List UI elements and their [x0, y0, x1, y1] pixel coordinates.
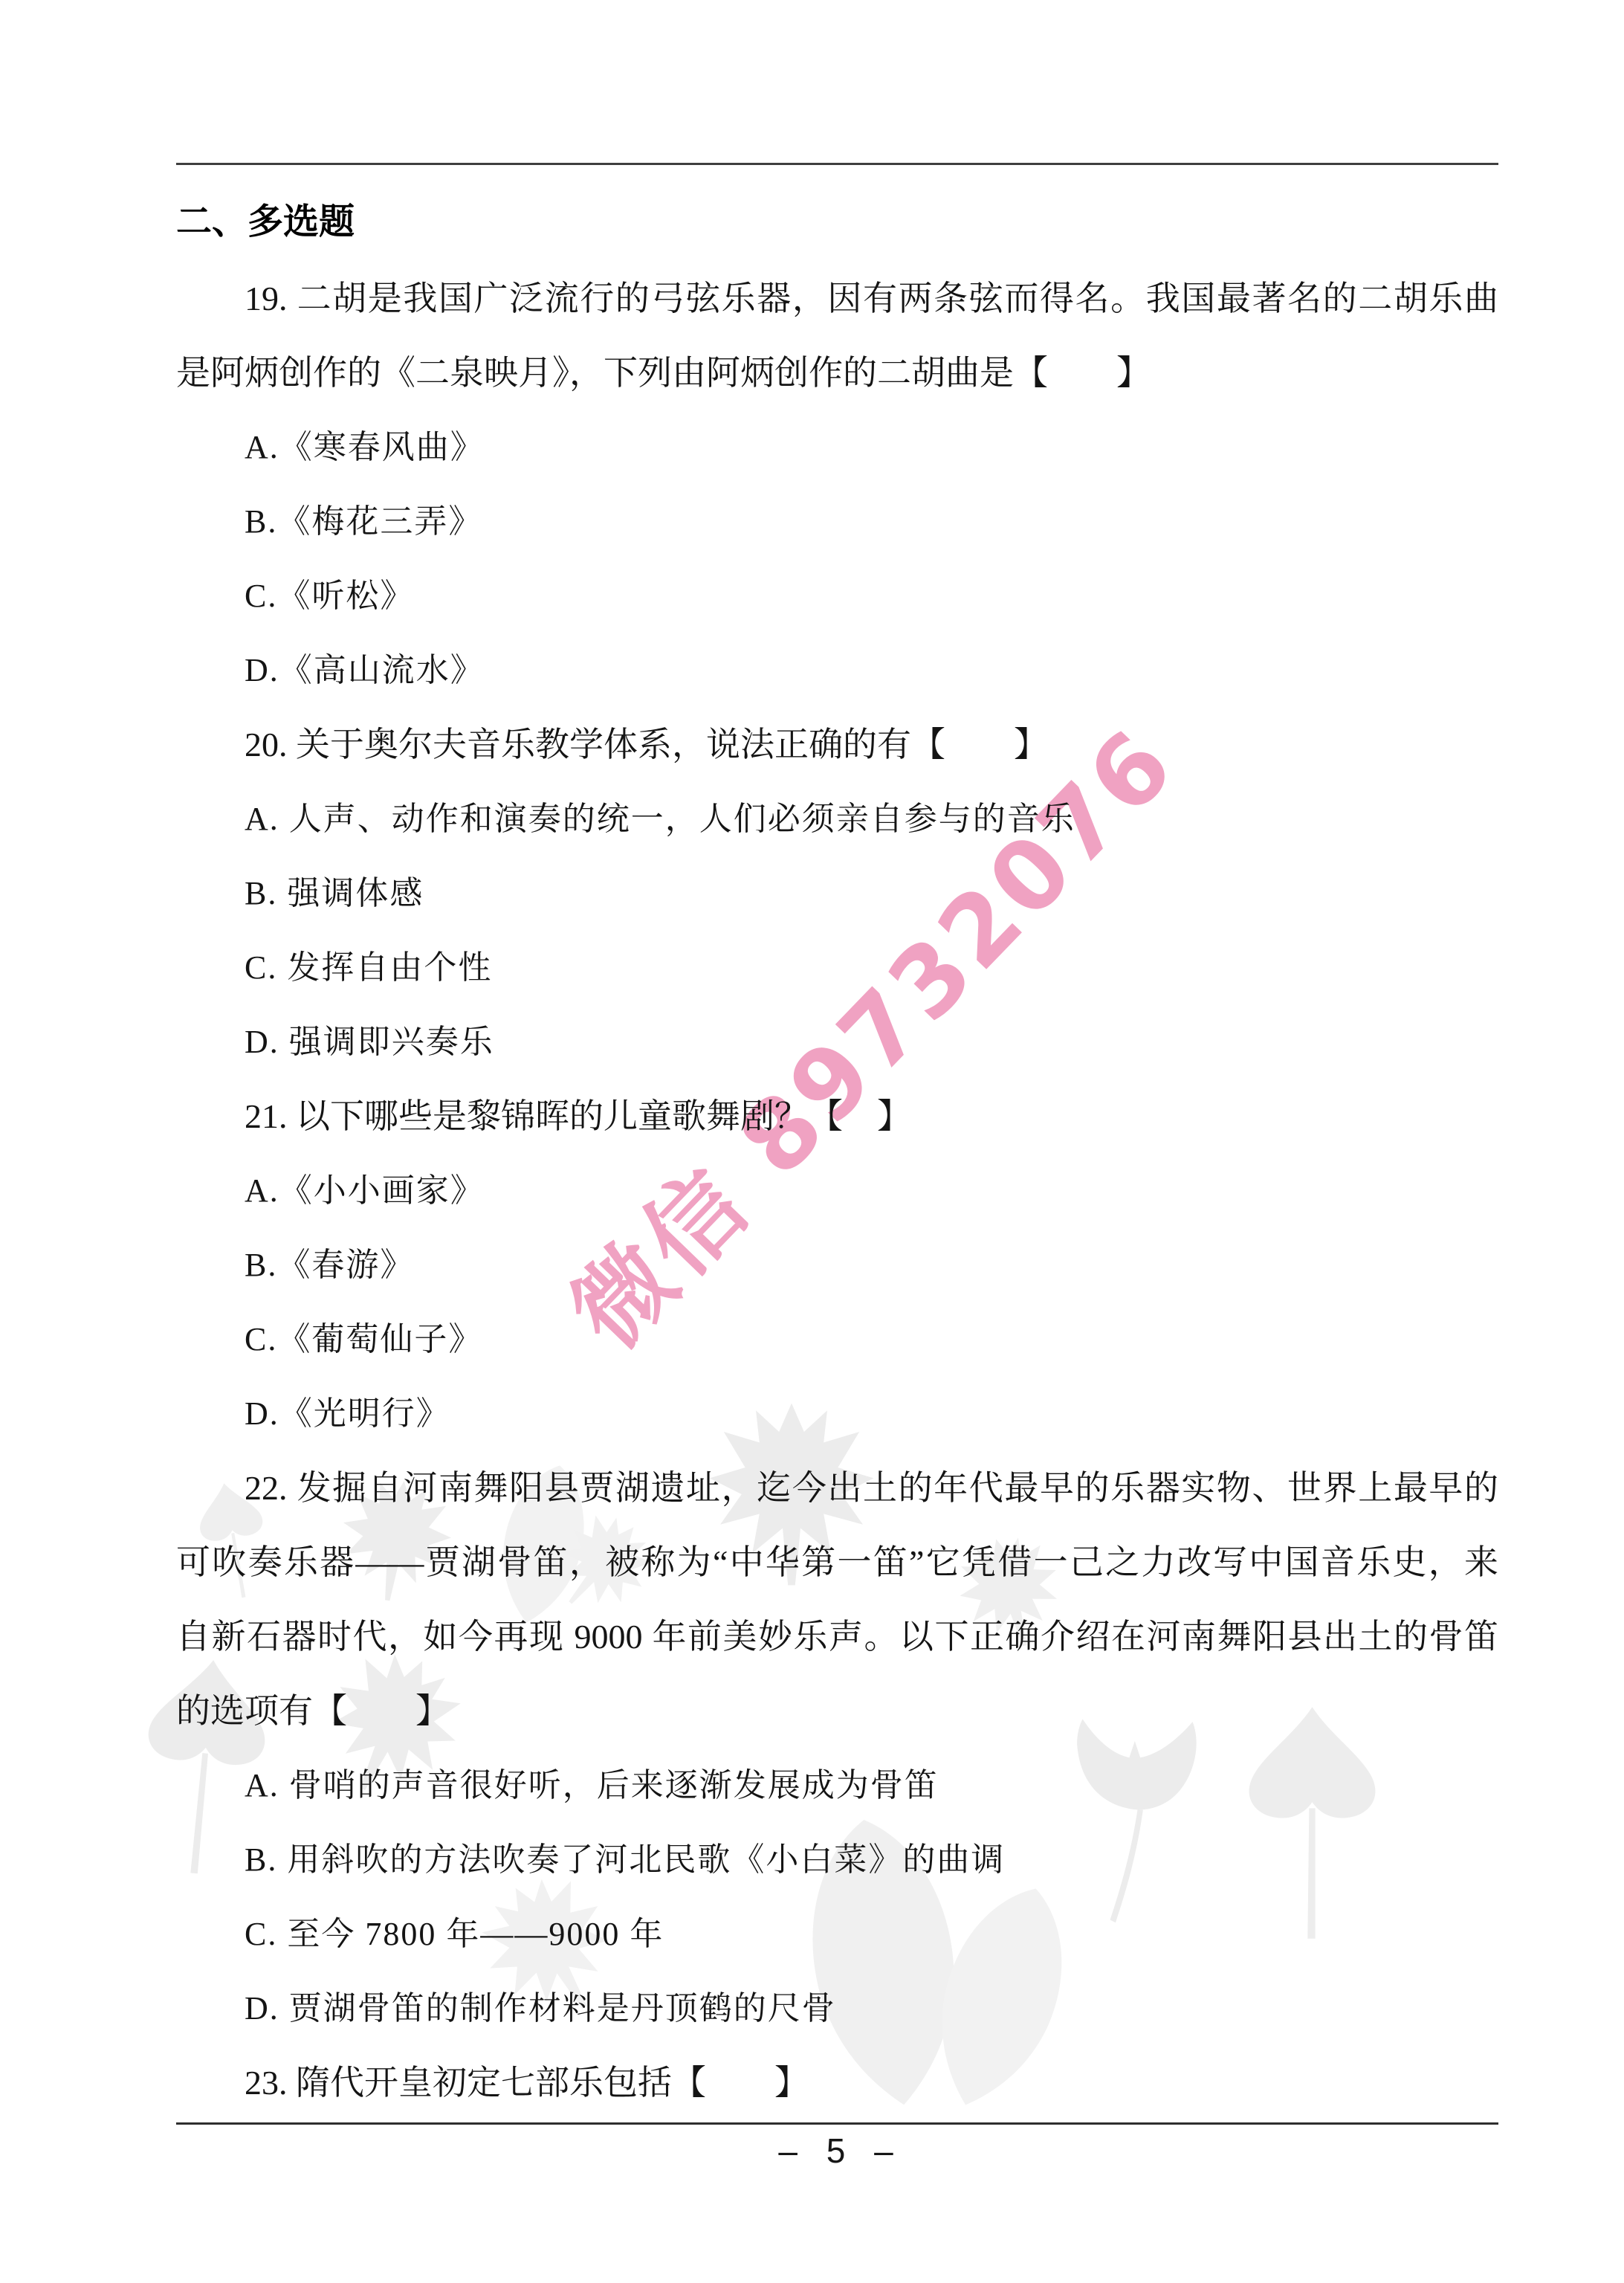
- q20-option-d: D. 强调即兴奏乐: [176, 1005, 1498, 1079]
- q20-option-b: B. 强调体感: [176, 856, 1498, 931]
- q22-stem-line-1: 22. 发掘自河南舞阳县贾湖遗址，迄今出土的年代最早的乐器实物、世界上最早的: [176, 1451, 1498, 1525]
- q21-option-c: C.《葡萄仙子》: [176, 1302, 1498, 1377]
- q22-stem-line-4: 的选项有【 】: [176, 1674, 1498, 1748]
- q22-option-b: B. 用斜吹的方法吹奏了河北民歌《小白菜》的曲调: [176, 1823, 1498, 1897]
- q22-stem-line-3: 自新石器时代，如今再现 9000 年前美妙乐声。以下正确介绍在河南舞阳县出土的骨…: [176, 1600, 1498, 1674]
- q20-option-c: C. 发挥自由个性: [176, 931, 1498, 1005]
- q19-stem-line-2: 是阿炳创作的《二泉映月》，下列由阿炳创作的二胡曲是【 】: [176, 336, 1498, 410]
- q19-option-b: B.《梅花三弄》: [176, 485, 1498, 559]
- q22-option-d: D. 贾湖骨笛的制作材料是丹顶鹤的尺骨: [176, 1972, 1498, 2046]
- q21-option-d: D.《光明行》: [176, 1377, 1498, 1451]
- section-heading: 二、多选题: [176, 183, 1498, 262]
- q19-option-c: C.《听松》: [176, 559, 1498, 633]
- q21-option-a: A.《小小画家》: [176, 1154, 1498, 1228]
- q19-option-a: A.《寒春风曲》: [176, 410, 1498, 485]
- q23-stem: 23. 隋代开皇初定七部乐包括【 】: [176, 2046, 1498, 2120]
- exam-page: 微信 89732076 二、多选题 19. 二胡是我国广泛流行的弓弦乐器，因有两…: [0, 0, 1624, 2283]
- q19-option-d: D.《高山流水》: [176, 633, 1498, 708]
- q22-option-a: A. 骨哨的声音很好听，后来逐渐发展成为骨笛: [176, 1748, 1498, 1823]
- content-area: 二、多选题 19. 二胡是我国广泛流行的弓弦乐器，因有两条弦而得名。我国最著名的…: [176, 183, 1498, 2120]
- q22-option-c: C. 至今 7800 年——9000 年: [176, 1897, 1498, 1972]
- header-rule: [176, 163, 1498, 165]
- q21-stem: 21. 以下哪些是黎锦晖的儿童歌舞剧？【 】: [176, 1079, 1498, 1154]
- q21-option-b: B.《春游》: [176, 1228, 1498, 1302]
- q20-option-a: A. 人声、动作和演奏的统一，人们必须亲自参与的音乐: [176, 782, 1498, 856]
- page-number: – 5 –: [176, 2125, 1498, 2177]
- q20-stem: 20. 关于奥尔夫音乐教学体系，说法正确的有【 】: [176, 708, 1498, 782]
- q19-stem-line-1: 19. 二胡是我国广泛流行的弓弦乐器，因有两条弦而得名。我国最著名的二胡乐曲: [176, 262, 1498, 336]
- q22-stem-line-2: 可吹奏乐器——贾湖骨笛，被称为“中华第一笛”它凭借一己之力改写中国音乐史，来: [176, 1525, 1498, 1600]
